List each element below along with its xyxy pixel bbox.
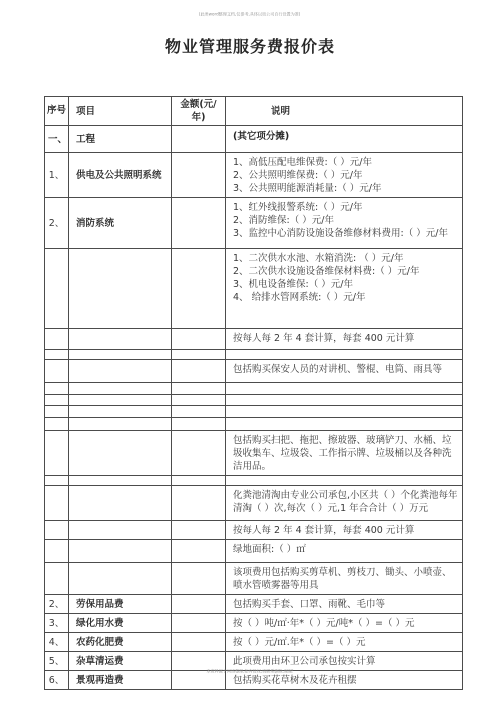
row-item-cell <box>69 383 172 395</box>
row-desc-cell: 包括购买手套、口罩、雨靴、毛巾等 <box>226 595 463 614</box>
table-row: 包括购买扫把、拖把、擦玻器、玻璃铲刀、水桶、垃圾收集车、垃圾袋、工作指示牌、垃圾… <box>45 431 463 476</box>
row-no-cell: 1、 <box>45 153 69 198</box>
row-item-cell <box>69 540 172 563</box>
row-amount-cell <box>172 126 226 153</box>
row-no-cell <box>45 249 69 329</box>
header-amount: 金额(元/年) <box>172 97 226 126</box>
table-row <box>45 383 463 395</box>
row-amount-cell <box>172 521 226 540</box>
row-amount-cell <box>172 360 226 383</box>
row-desc-cell <box>226 383 463 395</box>
row-amount-cell <box>172 153 226 198</box>
row-item-cell: 绿化用水费 <box>69 614 172 633</box>
table-row <box>45 418 463 431</box>
row-amount-cell <box>172 383 226 395</box>
row-item-cell <box>69 431 172 476</box>
row-item-cell <box>69 360 172 383</box>
row-no-cell: 2、 <box>45 595 69 614</box>
row-no-cell <box>45 383 69 395</box>
row-amount-cell <box>172 614 226 633</box>
header-description: 说明 <box>226 97 463 126</box>
row-item-cell <box>69 521 172 540</box>
row-amount-cell <box>172 249 226 329</box>
row-desc-cell: (其它项分摊) <box>226 126 463 153</box>
header-serial-number: 序号 <box>45 97 69 126</box>
row-amount-cell <box>172 395 226 406</box>
row-item-cell: 工程 <box>69 126 172 153</box>
table-row: 2、 消防系统 1、红外线报警系统:（ ）元/年 2、消防维保:（ ）元/年 3… <box>45 198 463 249</box>
table-row <box>45 406 463 418</box>
row-amount-cell <box>172 486 226 521</box>
row-amount-cell <box>172 476 226 486</box>
row-item-cell <box>69 329 172 350</box>
quotation-table: 序号 项目 金额(元/年) 说明 一、 工程 (其它项分摊) 1、 供电及公共照… <box>44 96 463 690</box>
row-item-cell: 劳保用品费 <box>69 595 172 614</box>
row-amount-cell <box>172 633 226 652</box>
row-no-cell <box>45 350 69 360</box>
row-amount-cell <box>172 198 226 249</box>
row-no-cell <box>45 360 69 383</box>
table-row: 按每人每 2 年 4 套计算，每套 400 元计算 <box>45 521 463 540</box>
row-item-cell <box>69 486 172 521</box>
row-item-cell <box>69 476 172 486</box>
row-desc-cell: 按（ ）吨/㎡·年*（ ）元/吨*（ ）=（ ）元 <box>226 614 463 633</box>
row-desc-cell <box>226 418 463 431</box>
table-row: 4、 农药化肥费 按（ ）元/㎡.年*（ ）=（ ）元 <box>45 633 463 652</box>
row-no-cell <box>45 521 69 540</box>
row-item-cell <box>69 350 172 360</box>
table-header-row: 序号 项目 金额(元/年) 说明 <box>45 97 463 126</box>
table-row: 该项费用包括购买剪草机、剪枝刀、锄头、小喷壶、喷水管喷雾器等用具 <box>45 563 463 595</box>
row-desc-cell: 绿地面积:（ ）㎡ <box>226 540 463 563</box>
row-desc-cell: 化粪池清淘由专业公司承包,小区共（ ）个化粪池每年清淘（ ）次,每次（ ）元,1… <box>226 486 463 521</box>
row-no-cell <box>45 431 69 476</box>
table-row: 3、 绿化用水费 按（ ）吨/㎡·年*（ ）元/吨*（ ）=（ ）元 <box>45 614 463 633</box>
table-row: 一、 工程 (其它项分摊) <box>45 126 463 153</box>
row-item-cell: 供电及公共照明系统 <box>69 153 172 198</box>
header-item: 项目 <box>69 97 172 126</box>
row-no-cell <box>45 476 69 486</box>
row-item-cell: 农药化肥费 <box>69 633 172 652</box>
bottom-watermark-note: 本资料属于网络整理,如有侵权,请联系删除,谢谢! <box>0 668 500 676</box>
table-row <box>45 350 463 360</box>
row-desc-cell: 包括购买扫把、拖把、擦玻器、玻璃铲刀、水桶、垃圾收集车、垃圾袋、工作指示牌、垃圾… <box>226 431 463 476</box>
row-item-cell <box>69 418 172 431</box>
row-amount-cell <box>172 418 226 431</box>
row-amount-cell <box>172 431 226 476</box>
row-no-cell <box>45 486 69 521</box>
row-desc-cell <box>226 395 463 406</box>
table-row: 1、二次供水水池、水箱消洗: （ ）元/年 2、二次供水设施设备维保材料费:（ … <box>45 249 463 329</box>
table-row: 按每人每 2 年 4 套计算，每套 400 元计算 <box>45 329 463 350</box>
table-row: 1、 供电及公共照明系统 1、高低压配电维保费:（ ）元/年 2、公共照明维保费… <box>45 153 463 198</box>
row-amount-cell <box>172 329 226 350</box>
document-page: (此类word整理文档,仅参考,具体以贵公司自行设置为准) 物业管理服务费报价表… <box>0 0 500 707</box>
row-amount-cell <box>172 563 226 595</box>
row-desc-cell: 按每人每 2 年 4 套计算，每套 400 元计算 <box>226 329 463 350</box>
row-no-cell: 3、 <box>45 614 69 633</box>
row-no-cell <box>45 563 69 595</box>
row-desc-cell: 包括购买保安人员的对讲机、警棍、电筒、雨具等 <box>226 360 463 383</box>
row-amount-cell <box>172 540 226 563</box>
row-desc-cell: 该项费用包括购买剪草机、剪枝刀、锄头、小喷壶、喷水管喷雾器等用具 <box>226 563 463 595</box>
row-no-cell: 一、 <box>45 126 69 153</box>
row-no-cell <box>45 418 69 431</box>
table-row: 绿地面积:（ ）㎡ <box>45 540 463 563</box>
table-row: 化粪池清淘由专业公司承包,小区共（ ）个化粪池每年清淘（ ）次,每次（ ）元,1… <box>45 486 463 521</box>
row-amount-cell <box>172 350 226 360</box>
page-title: 物业管理服务费报价表 <box>0 34 500 57</box>
row-desc-cell <box>226 476 463 486</box>
top-watermark-text: (此类word整理文档,仅参考,具体以贵公司自行设置为准) <box>199 12 300 17</box>
row-desc-cell: 1、二次供水水池、水箱消洗: （ ）元/年 2、二次供水设施设备维保材料费:（ … <box>226 249 463 329</box>
row-item-cell: 消防系统 <box>69 198 172 249</box>
row-desc-cell: 按（ ）元/㎡.年*（ ）=（ ）元 <box>226 633 463 652</box>
table-row <box>45 395 463 406</box>
row-no-cell <box>45 540 69 563</box>
row-item-cell <box>69 563 172 595</box>
row-no-cell: 4、 <box>45 633 69 652</box>
row-no-cell <box>45 395 69 406</box>
row-no-cell <box>45 329 69 350</box>
table-row: 2、 劳保用品费 包括购买手套、口罩、雨靴、毛巾等 <box>45 595 463 614</box>
row-item-cell <box>69 406 172 418</box>
row-desc-cell: 按每人每 2 年 4 套计算，每套 400 元计算 <box>226 521 463 540</box>
row-desc-cell <box>226 406 463 418</box>
row-no-cell: 2、 <box>45 198 69 249</box>
row-no-cell <box>45 406 69 418</box>
table-row <box>45 476 463 486</box>
top-watermark-note: (此类word整理文档,仅参考,具体以贵公司自行设置为准) <box>0 11 500 19</box>
table-row: 包括购买保安人员的对讲机、警棍、电筒、雨具等 <box>45 360 463 383</box>
bottom-watermark-text: 本资料属于网络整理,如有侵权,请联系删除,谢谢! <box>206 669 293 674</box>
row-item-cell <box>69 249 172 329</box>
row-amount-cell <box>172 406 226 418</box>
row-item-cell <box>69 395 172 406</box>
row-desc-cell: 1、红外线报警系统:（ ）元/年 2、消防维保:（ ）元/年 3、监控中心消防设… <box>226 198 463 249</box>
row-desc-cell <box>226 350 463 360</box>
row-desc-cell: 1、高低压配电维保费:（ ）元/年 2、公共照明维保费:（ ）元/年 3、公共照… <box>226 153 463 198</box>
row-amount-cell <box>172 595 226 614</box>
